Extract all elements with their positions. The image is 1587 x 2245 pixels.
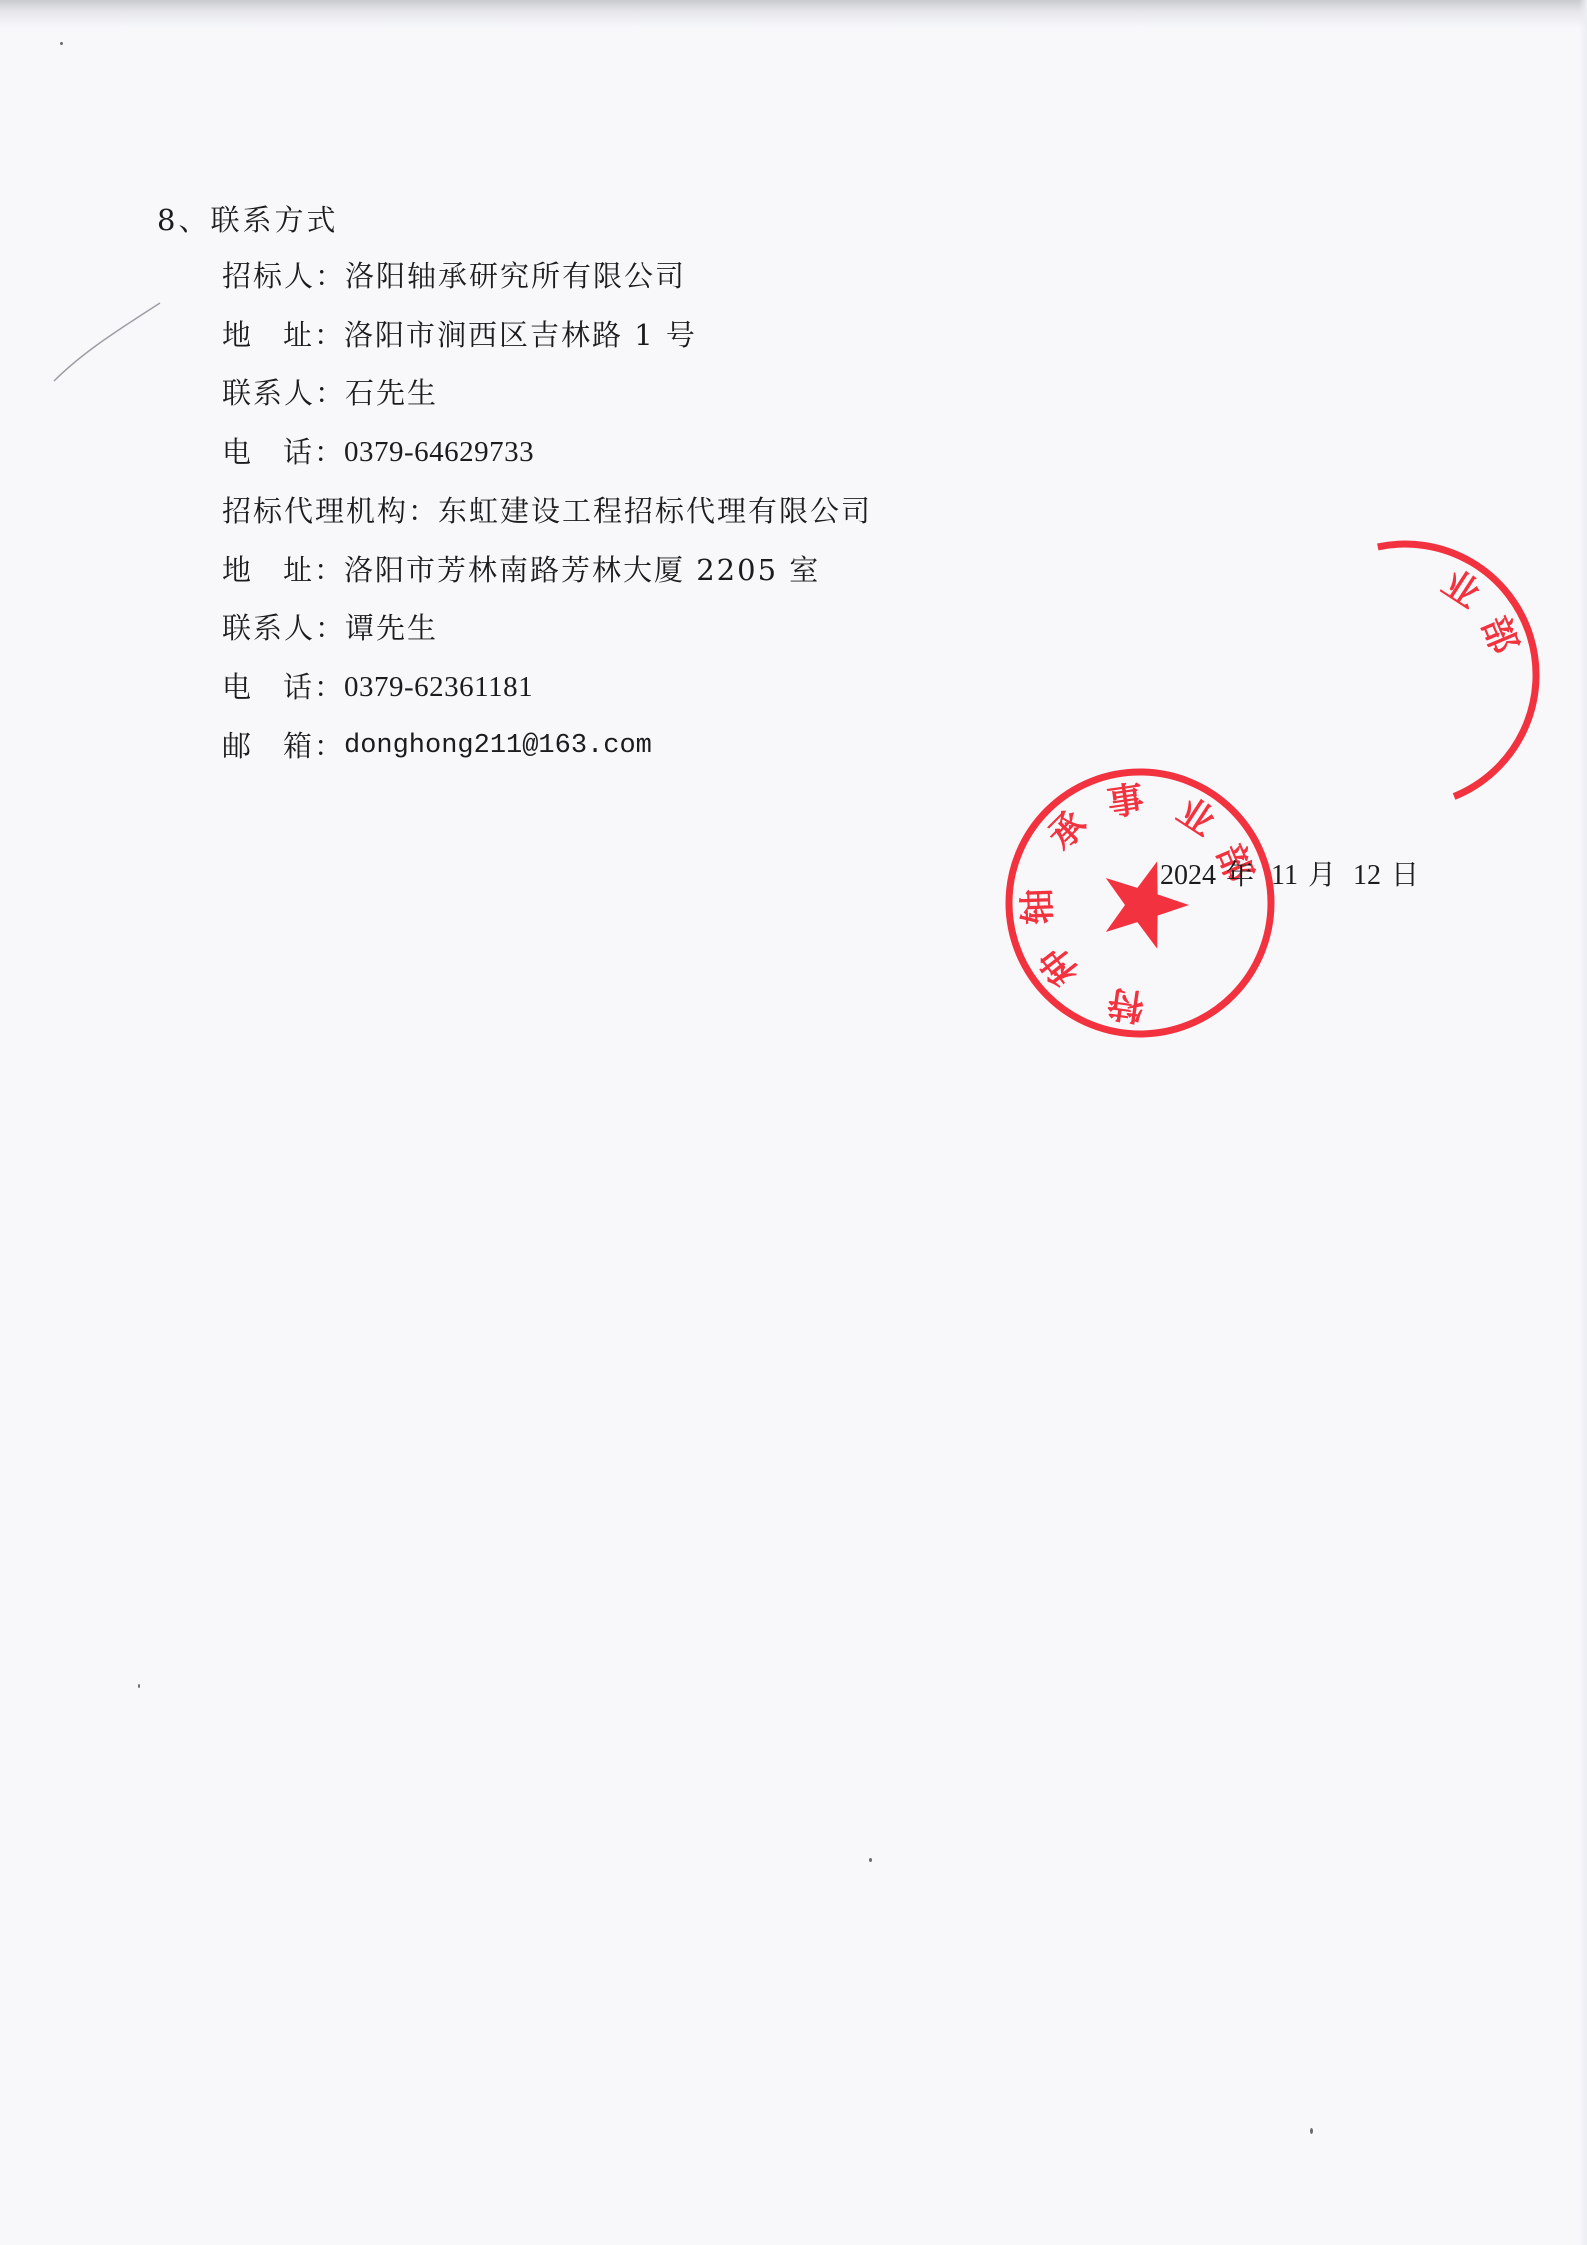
label-colon: ： [314,667,332,707]
date-month: 11 [1271,860,1298,891]
scan-speck [1310,2128,1313,2134]
contact-row: 招标人：洛阳轴承研究所有限公司 [222,256,686,296]
seal-character: 业 [1169,790,1222,844]
seal-character: 业 [1434,562,1487,616]
label-colon: ： [315,256,333,296]
seal-text: 特种轴承事业部 [1017,779,1260,1027]
seal-character: 轴 [1017,888,1059,925]
date-year: 2024 [1160,860,1216,891]
scan-speck [60,42,63,45]
seal-character: 种 [1032,939,1086,993]
label-colon: ： [314,726,332,766]
contact-row: 联系人：谭先生 [222,608,438,648]
contact-value: 石先生 [345,373,438,413]
seal-character: 事 [1105,779,1146,825]
date-year-unit: 年 [1226,860,1254,891]
signature-date: 2024年 11月 12日 [1160,856,1429,896]
contact-row: 联系人：石先生 [222,373,438,413]
contact-row: 电话：0379-64629733 [222,432,534,472]
date-day: 12 [1353,860,1381,891]
contact-value[interactable]: donghong211@163.com [344,726,652,766]
contact-value: 洛阳市芳林南路芳林大厦 2205 室 [344,550,820,590]
contact-row: 地址：洛阳市芳林南路芳林大厦 2205 室 [222,550,820,590]
contact-label: 招标代理机构 [222,491,408,531]
contact-label: 电话 [222,432,314,472]
seal-character: 承 [1041,804,1095,858]
contact-label: 邮箱 [222,726,314,766]
section-heading: 8、联系方式 [157,200,338,240]
label-colon: ： [315,608,333,648]
contact-value: 谭先生 [345,608,438,648]
label-colon: ： [408,491,426,531]
partial-seal: 业部 [1265,535,1565,815]
contact-label: 电话 [222,667,314,707]
contact-row: 邮箱：donghong211@163.com [222,726,652,766]
contact-label: 地址 [222,550,314,590]
scan-shadow-right [1579,0,1587,2245]
seal-character: 特 [1105,981,1146,1027]
contact-row: 地址：洛阳市涧西区吉林路 1 号 [222,315,697,355]
contact-value: 洛阳轴承研究所有限公司 [345,256,686,296]
contact-value: 洛阳市涧西区吉林路 1 号 [344,315,697,355]
scan-speck [869,1858,872,1862]
partial-seal-ring [1378,544,1536,796]
contact-value: 0379-64629733 [344,432,534,472]
contact-label: 地址 [222,315,314,355]
date-day-unit: 日 [1391,860,1419,891]
label-colon: ： [314,432,332,472]
pencil-mark [50,295,170,385]
contact-value: 0379-62361181 [344,667,533,707]
date-month-unit: 月 [1308,860,1336,891]
contact-label: 招标人 [222,256,315,296]
scan-speck [138,1684,140,1688]
contact-value: 东虹建设工程招标代理有限公司 [438,491,872,531]
label-colon: ： [314,315,332,355]
contact-label: 联系人 [222,608,315,648]
scan-shadow-top [0,0,1587,28]
label-colon: ： [314,550,332,590]
partial-seal-text: 业部 [1434,562,1524,659]
contact-row: 招标代理机构：东虹建设工程招标代理有限公司 [222,491,872,531]
seal-ring [1009,772,1271,1034]
seal-character: 部 [1473,611,1525,660]
official-seal: 特种轴承事业部 [1000,763,1280,1043]
contact-label: 联系人 [222,373,315,413]
label-colon: ： [315,373,333,413]
contact-row: 电话：0379-62361181 [222,667,533,707]
